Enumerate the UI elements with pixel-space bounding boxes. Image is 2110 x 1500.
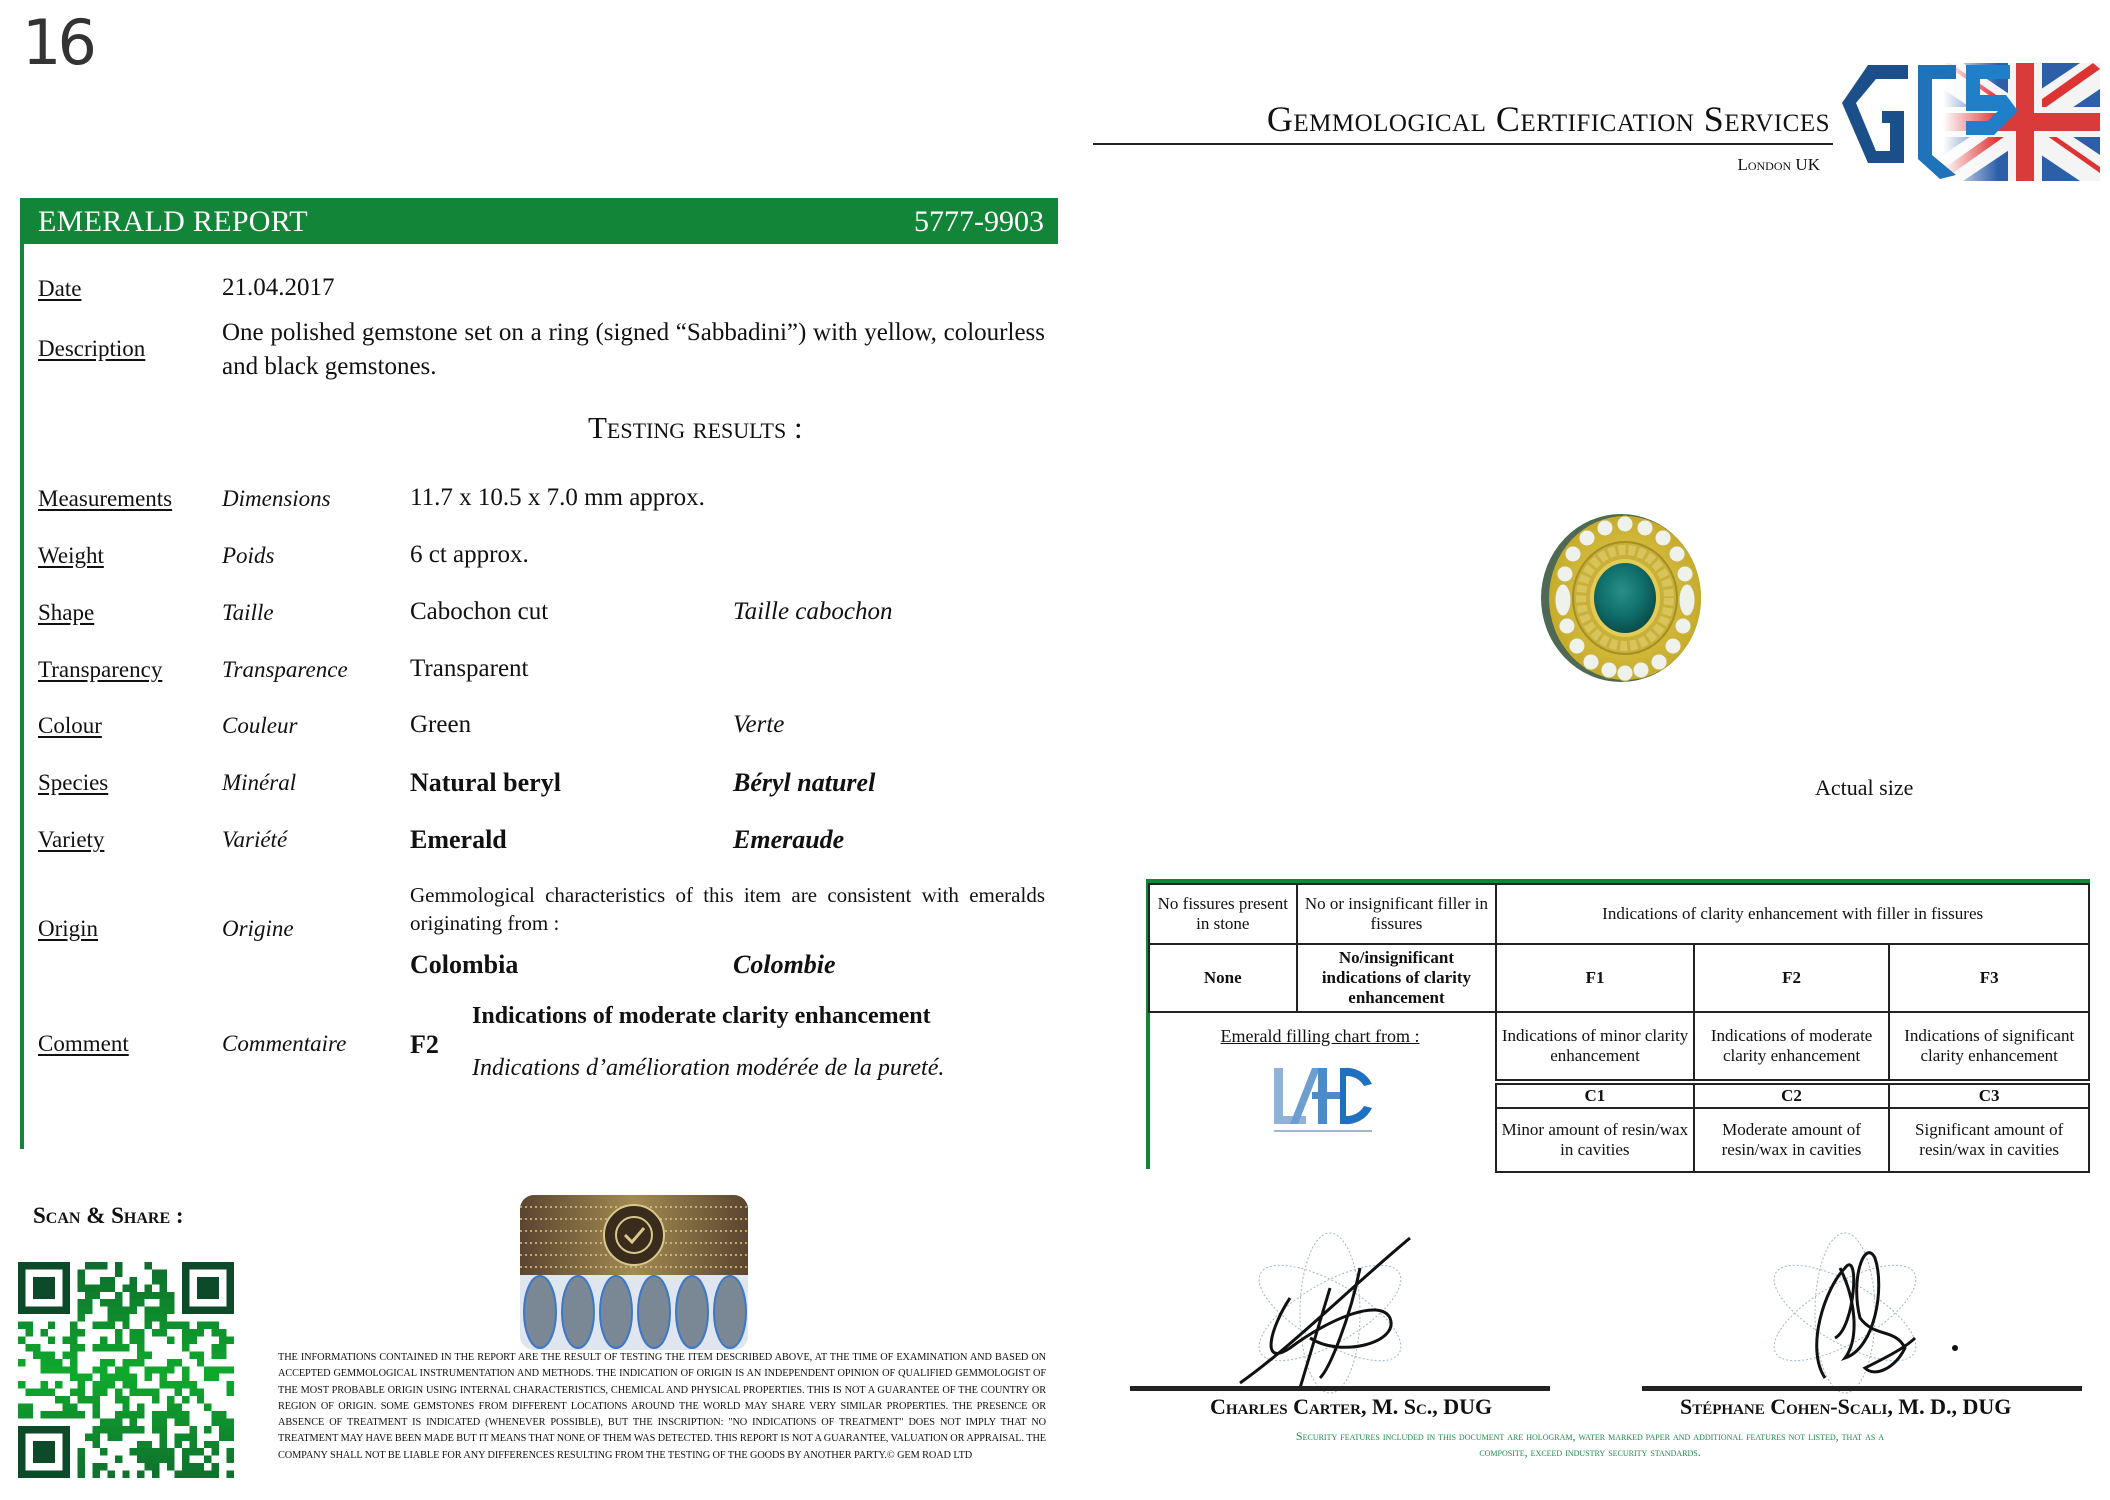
- row-label: Weight: [38, 543, 104, 569]
- row-value: 6 ct approx.: [410, 541, 529, 569]
- company-name: Gemmological Certification Services: [1140, 98, 1830, 140]
- description-label: Description: [38, 336, 145, 362]
- report-title: EMERALD REPORT: [38, 205, 308, 239]
- report-header-bar: EMERALD REPORT 5777-9903: [20, 198, 1058, 244]
- row-value-fr: Taille cabochon: [733, 598, 893, 626]
- testing-results-heading: Testing results :: [588, 410, 803, 446]
- desc-c1: Minor amount of resin/wax in cavities: [1496, 1108, 1694, 1172]
- security-note: Security features included in this docum…: [1280, 1428, 1900, 1460]
- row-value: Cabochon cut: [410, 598, 548, 626]
- row-label: Measurements: [38, 486, 172, 512]
- description-value: One polished gemstone set on a ring (sig…: [222, 316, 1045, 384]
- grade-c1: C1: [1496, 1084, 1694, 1108]
- grade-insignificant: No/insignificant indications of clarity …: [1297, 944, 1497, 1012]
- comment-code: F2: [410, 1030, 439, 1060]
- row-value: Green: [410, 711, 471, 739]
- cavity-chart-table: C1 C2 C3 Minor amount of resin/wax in ca…: [1495, 1083, 2090, 1173]
- desc-f3: Indications of significant clarity enhan…: [1889, 1012, 2089, 1080]
- desc-c2: Moderate amount of resin/wax in cavities: [1694, 1108, 1890, 1172]
- scan-share-title: Scan & Share :: [33, 1203, 184, 1229]
- authenticity-hologram-icon: [520, 1195, 748, 1350]
- row-label: Shape: [38, 600, 94, 626]
- row-label: Species: [38, 770, 108, 796]
- comment-text: Indications of moderate clarity enhancem…: [472, 1003, 931, 1030]
- signature-line: [1130, 1386, 1550, 1391]
- row-value: 11.7 x 10.5 x 7.0 mm approx.: [410, 484, 705, 512]
- row-value: Transparent: [410, 655, 529, 683]
- desc-f1: Indications of minor clarity enhancement: [1496, 1012, 1694, 1080]
- grade-f2: F2: [1694, 944, 1890, 1012]
- header-filler-indications: Indications of clarity enhancement with …: [1496, 884, 2089, 944]
- signer-name: Charles Carter, M. Sc., DUG: [1210, 1394, 1492, 1420]
- signature-stephane-cohen-scali: [1765, 1228, 1995, 1398]
- row-value-fr: Emeraude: [733, 825, 844, 855]
- grade-none: None: [1149, 944, 1297, 1012]
- header-insignificant-filler: No or insignificant filler in fissures: [1297, 884, 1497, 944]
- row-label-fr: Commentaire: [222, 1031, 346, 1057]
- row-label-fr: Origine: [222, 916, 294, 942]
- report-number: 5777-9903: [914, 205, 1044, 239]
- grade-c3: C3: [1889, 1084, 2089, 1108]
- grade-f1: F1: [1496, 944, 1694, 1012]
- desc-f2: Indications of moderate clarity enhancem…: [1694, 1012, 1890, 1080]
- header-divider: [1093, 143, 1833, 145]
- row-label: Comment: [38, 1031, 129, 1057]
- row-label-fr: Couleur: [222, 713, 297, 739]
- date-value: 21.04.2017: [222, 274, 335, 302]
- origin-statement: Gemmological characteristics of this ite…: [410, 881, 1045, 937]
- lahc-logo-icon: [1268, 1064, 1378, 1136]
- row-label-fr: Dimensions: [222, 486, 331, 512]
- row-label-fr: Poids: [222, 543, 274, 569]
- gcs-flag-logo-icon: [1838, 55, 2100, 183]
- row-value-fr: Béryl naturel: [733, 768, 875, 798]
- clarity-chart-table: No fissures present in stone No or insig…: [1148, 883, 2090, 1081]
- row-value: Natural beryl: [410, 768, 561, 798]
- grade-c2: C2: [1694, 1084, 1890, 1108]
- signature-line: [1642, 1386, 2082, 1391]
- row-label-fr: Transparence: [222, 657, 348, 683]
- comment-text-fr: Indications d’amélioration modérée de la…: [472, 1055, 944, 1082]
- photo-caption: Actual size: [1815, 775, 1913, 801]
- company-city: London UK: [1640, 155, 1820, 175]
- row-label: Variety: [38, 827, 104, 853]
- row-label: Transparency: [38, 657, 162, 683]
- signature-charles-carter: [1230, 1228, 1460, 1398]
- page-number: 16: [22, 6, 93, 79]
- row-value-fr: Verte: [733, 711, 784, 739]
- origin-value-fr: Colombie: [733, 950, 836, 980]
- legal-disclaimer: THE INFORMATIONS CONTAINED IN THE REPORT…: [278, 1350, 1046, 1464]
- desc-c3: Significant amount of resin/wax in cavit…: [1889, 1108, 2089, 1172]
- signer-name: Stéphane Cohen-Scali, M. D., DUG: [1680, 1394, 2011, 1420]
- row-label: Colour: [38, 713, 102, 739]
- row-label-fr: Variété: [222, 827, 287, 853]
- row-label: Origin: [38, 916, 98, 942]
- qr-code[interactable]: [18, 1262, 234, 1478]
- row-value: Emerald: [410, 825, 507, 855]
- row-label-fr: Minéral: [222, 770, 296, 796]
- ring-photo: [1535, 512, 1707, 684]
- grade-f3: F3: [1889, 944, 2089, 1012]
- row-label-fr: Taille: [222, 600, 274, 626]
- filling-chart-source-label: Emerald filling chart from :: [1160, 1026, 1480, 1047]
- header-no-fissures: No fissures present in stone: [1149, 884, 1297, 944]
- date-label: Date: [38, 276, 81, 302]
- report-left-border: [20, 244, 24, 1149]
- origin-value: Colombia: [410, 950, 518, 980]
